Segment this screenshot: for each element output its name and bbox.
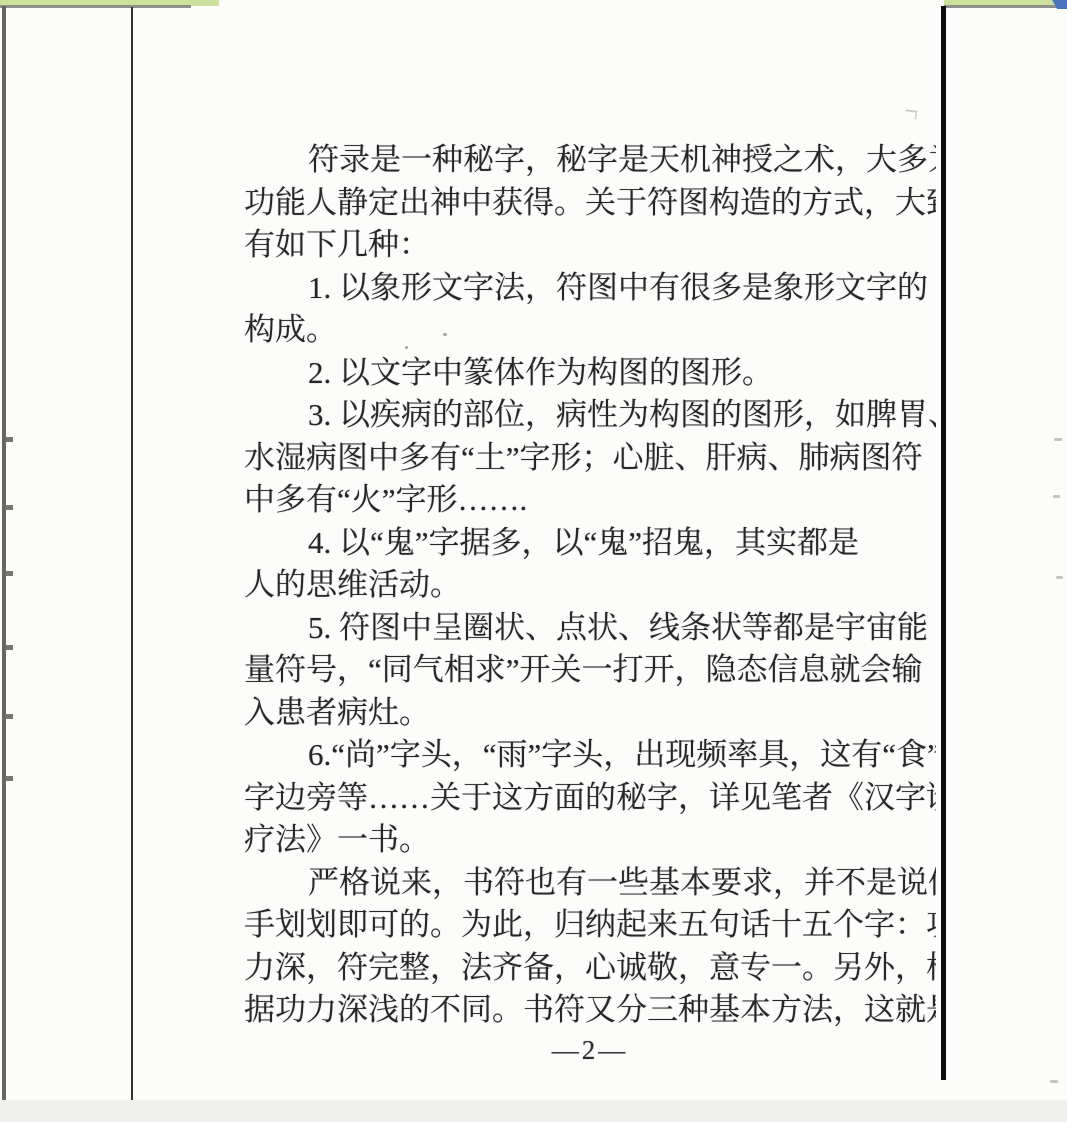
text-line: 据功力深浅的不同。书符又分三种基本方法，这就是 — [244, 989, 936, 1032]
scan-left-edge — [2, 6, 6, 1101]
binder-tick-mark — [5, 505, 13, 510]
text-line: 6.“尚”字头，“雨”字头，出现频率具，这有“食” — [244, 734, 936, 777]
scanned-book-page: 符录是一种秘字，秘字是天机神授之术，大多为 功能人静定出神中获得。关于符图构造的… — [0, 0, 1067, 1122]
text-line: 手划划即可的。为此，归纳起来五句话十五个字：功 — [244, 904, 936, 947]
text-line: 中多有“火”字形……. — [244, 479, 936, 522]
text-line: 3. 以疾病的部位，病性为构图的图形，如脾胃、 — [244, 394, 936, 437]
text-line: 构成。 — [244, 309, 936, 352]
scan-artifact-mark — [1053, 495, 1060, 498]
binder-tick-mark — [5, 571, 13, 576]
text-line: 有如下几种： — [244, 224, 936, 267]
text-line: 符录是一种秘字，秘字是天机神授之术，大多为 — [244, 139, 936, 182]
binder-tick-mark — [5, 714, 13, 719]
scan-artifact-mark — [1056, 576, 1063, 579]
binder-tick-mark — [5, 645, 13, 650]
scan-speck — [405, 346, 408, 349]
text-line: 人的思维活动。 — [244, 564, 936, 607]
binder-tick-mark — [5, 437, 13, 442]
text-line: 水湿病图中多有“土”字形；心脏、肝病、肺病图符 — [244, 437, 936, 480]
text-line: 疗法》一书。 — [244, 819, 936, 862]
text-line: 4. 以“鬼”字据多，以“鬼”招鬼，其实都是 — [244, 522, 936, 565]
text-line: 5. 符图中呈圈状、点状、线条状等都是宇宙能 — [244, 607, 936, 650]
page-fold-line — [131, 7, 133, 1100]
scan-bottom-strip — [0, 1100, 1067, 1122]
scan-artifact-mark — [904, 109, 917, 120]
scan-speck — [443, 333, 447, 336]
page-top-edge-shadow-right — [944, 5, 1067, 8]
text-line: 字边旁等……关于这方面的秘字，详见笔者《汉字诊 — [244, 777, 936, 820]
page-top-edge-shadow-left — [0, 5, 191, 8]
text-line: 2. 以文字中篆体作为构图的图形。 — [244, 352, 936, 395]
scan-artifact-mark — [1050, 1080, 1058, 1083]
text-line: 入患者病灶。 — [244, 692, 936, 735]
text-line: 量符号，“同气相求”开关一打开，隐态信息就会输 — [244, 649, 936, 692]
page-text-block: 符录是一种秘字，秘字是天机神授之术，大多为 功能人静定出神中获得。关于符图构造的… — [244, 139, 936, 1032]
text-line: 功能人静定出神中获得。关于符图构造的方式，大致 — [244, 182, 936, 225]
scan-artifact-mark — [1054, 438, 1062, 441]
page-spine-line — [941, 6, 946, 1080]
text-line: 严格说来，书符也有一些基本要求，并不是说信 — [244, 862, 936, 905]
page-number: —2— — [244, 1035, 936, 1066]
binder-tick-mark — [5, 776, 13, 781]
text-line: 力深，符完整，法齐备，心诚敬，意专一。另外，根 — [244, 947, 936, 990]
text-line: 1. 以象形文字法，符图中有很多是象形文字的 — [244, 267, 936, 310]
